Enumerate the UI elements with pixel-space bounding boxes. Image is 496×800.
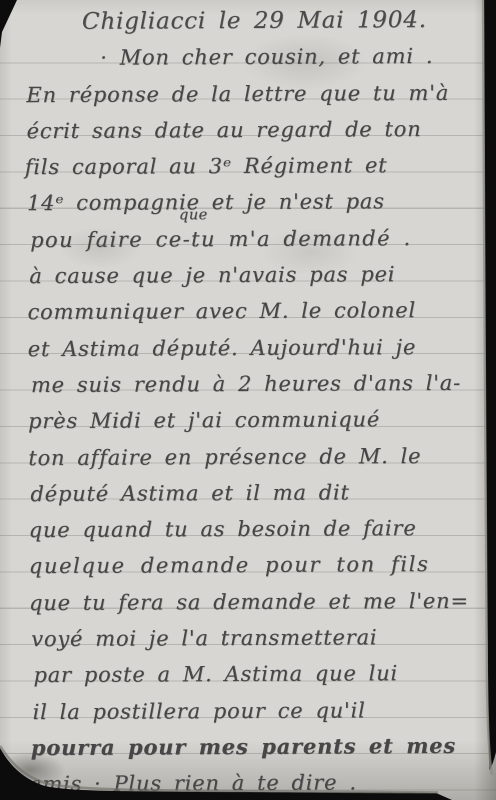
interline-insertion: que — [179, 208, 208, 222]
letter-line: pourra pour mes parents et mes — [31, 728, 496, 767]
letter-line: il la postillera pour ce qu'il — [33, 691, 496, 730]
letter-salutation: · Mon cher cousin, et ami . — [100, 38, 494, 76]
letter-body: En réponse de la lettre que tu m'à écrit… — [0, 74, 496, 800]
letter-line: près Midi et j'ai communiqué — [28, 401, 496, 440]
letter-line: voyé moi je l'a transmetterai — [31, 619, 496, 658]
letter-line: communiquer avec M. le colonel — [27, 292, 495, 331]
letter-line: amis · Plus rien à te dire . — [29, 764, 496, 800]
letter-line: 14ᵉ compagnie et je n'est pas — [27, 183, 495, 222]
letter-content: Chigliacci le 29 Mai 1904. · Mon cher co… — [0, 0, 496, 800]
letter-line: et Astima député. Aujourd'hui je — [28, 328, 496, 367]
letter-line: ton affaire en présence de M. le — [28, 437, 496, 476]
letter-line: En réponse de la lettre que tu m'à — [26, 74, 494, 113]
letter-line: quelque demande pour ton fils — [29, 546, 496, 585]
scanned-letter-page: Chigliacci le 29 Mai 1904. · Mon cher co… — [0, 0, 496, 800]
letter-line-text: pou faire ce-tu m'a demandé . — [30, 226, 412, 252]
letter-dateline: Chigliacci le 29 Mai 1904. — [82, 2, 494, 40]
letter-line: à cause que je n'avais pas pei — [29, 256, 495, 295]
letter-line: que pou faire ce-tu m'a demandé . — [30, 219, 495, 258]
letter-line: que quand tu as besoin de faire — [29, 510, 496, 549]
letter-line: que tu fera sa demande et me l'en= — [29, 582, 496, 621]
letter-line: écrit sans date au regard de ton — [26, 111, 494, 150]
letter-line: fils caporal au 3ᵉ Régiment et — [25, 147, 495, 186]
letter-line: par poste a M. Astima que lui — [33, 655, 496, 694]
letter-line: me suis rendu à 2 heures d'ans l'a- — [31, 365, 496, 404]
letter-line: député Astima et il ma dit — [30, 474, 496, 513]
